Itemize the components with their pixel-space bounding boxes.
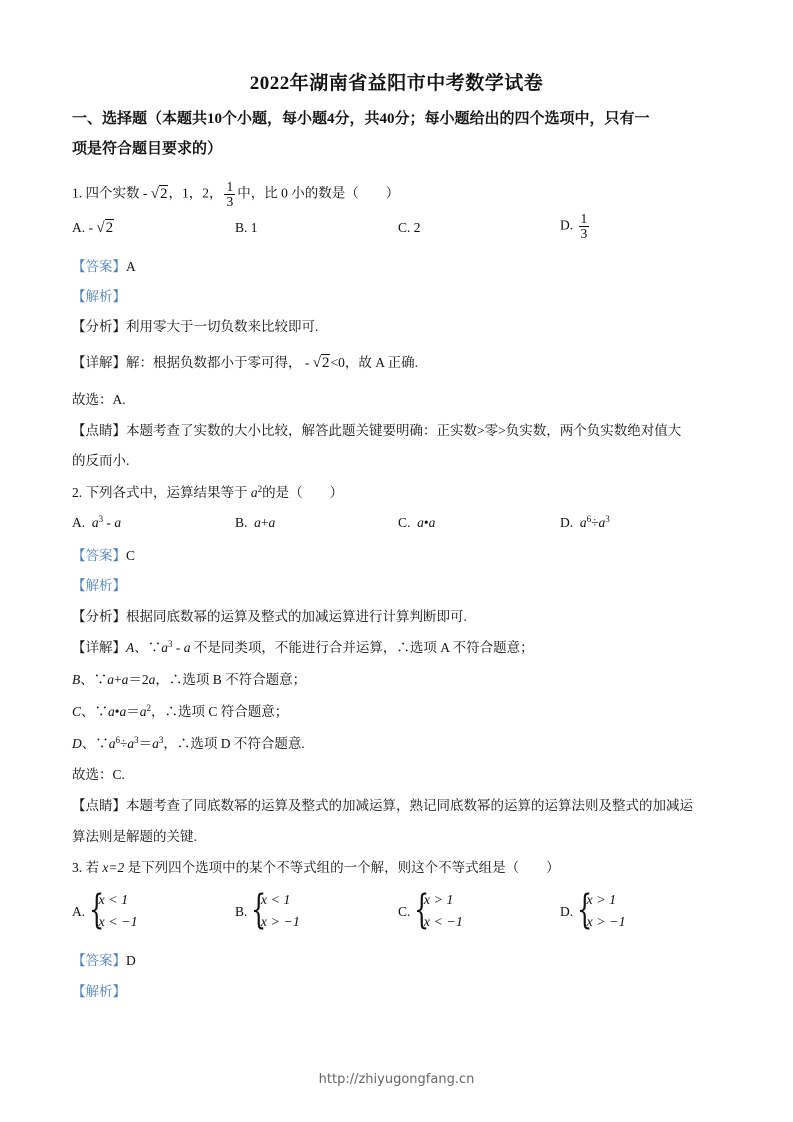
q2-option-c: C. a•a xyxy=(398,515,435,531)
q2-xiangjie-d: D、∵a6÷a3＝a3，∴选项 D 不符合题意. xyxy=(72,735,305,753)
q1-xiangjie: 【详解】解：根据负数都小于零可得， - √2<0，故 A 正确. xyxy=(72,354,418,372)
page-title: 2022年湖南省益阳市中考数学试卷 xyxy=(0,68,793,95)
q1-option-c: C. 2 xyxy=(398,220,421,236)
q3-option-c: C. {x > 1x < −1 xyxy=(398,890,463,934)
q2-option-b: B. a+a xyxy=(235,515,275,531)
q1-fenxi: 【分析】利用零大于一切负数来比较即可. xyxy=(72,318,318,336)
section-heading-line2: 项是符合题目要求的） xyxy=(72,140,222,158)
q2-analysis-label: 【解析】 xyxy=(72,577,126,595)
q1-dianjing-line2: 的反而小. xyxy=(72,452,129,470)
q1-stem: 1. 四个实数 - √2，1，2，13中，比 0 小的数是（ ） xyxy=(72,180,399,209)
q2-answer: 【答案】C xyxy=(72,547,135,565)
document-page: 2022年湖南省益阳市中考数学试卷 一、选择题（本题共10个小题，每小题4分，共… xyxy=(0,0,793,1122)
q2-stem: 2. 下列各式中，运算结果等于 a2的是（ ） xyxy=(72,484,343,502)
q2-dianjing-line1: 【点睛】本题考查了同底数幂的运算及整式的加减运算，熟记同底数幂的运算的运算法则及… xyxy=(72,797,693,815)
q1-dianjing-line1: 【点睛】本题考查了实数的大小比较，解答此题关键要明确：正实数>零>负实数，两个负… xyxy=(72,422,681,440)
q3-option-d: D. {x > 1x > −1 xyxy=(560,890,626,934)
footer-url: http://zhiyugongfang.cn xyxy=(0,1072,793,1087)
q2-xiangjie-a: 【详解】A、∵a3 - a 不是同类项，不能进行合并运算，∴选项 A 不符合题意… xyxy=(72,639,534,657)
q2-fenxi: 【分析】根据同底数幂的运算及整式的加减运算进行计算判断即可. xyxy=(72,608,467,626)
q1-option-b: B. 1 xyxy=(235,220,258,236)
fraction: 13 xyxy=(224,180,235,209)
q1-analysis-label: 【解析】 xyxy=(72,288,126,306)
q2-guxuan: 故选：C. xyxy=(72,766,125,784)
sqrt-symbol: √2 xyxy=(151,185,169,203)
q3-option-b: B. {x < 1x > −1 xyxy=(235,890,300,934)
section-heading-line1: 一、选择题（本题共10个小题，每小题4分，共40分；每小题给出的四个选项中，只有… xyxy=(72,110,650,128)
q2-option-d: D. a6÷a3 xyxy=(560,515,610,531)
q3-answer: 【答案】D xyxy=(72,952,136,970)
q1-option-d: D. 13 xyxy=(560,212,591,241)
q2-option-a: A. a3 - a xyxy=(72,515,121,531)
q3-option-a: A. {x < 1x < −1 xyxy=(72,890,138,934)
q2-xiangjie-b: B、∵a+a＝2a，∴选项 B 不符合题意； xyxy=(72,671,306,689)
q2-dianjing-line2: 算法则是解题的关键. xyxy=(72,828,197,846)
q1-option-a: A. - √2 xyxy=(72,220,114,237)
q1-answer: 【答案】A xyxy=(72,258,136,276)
q2-xiangjie-c: C、∵a•a＝a2，∴选项 C 符合题意； xyxy=(72,703,288,721)
q3-analysis-label: 【解析】 xyxy=(72,983,126,1001)
q1-guxuan: 故选：A. xyxy=(72,391,126,409)
q3-stem: 3. 若 x=2 是下列四个选项中的某个不等式组的一个解，则这个不等式组是（ ） xyxy=(72,859,560,877)
